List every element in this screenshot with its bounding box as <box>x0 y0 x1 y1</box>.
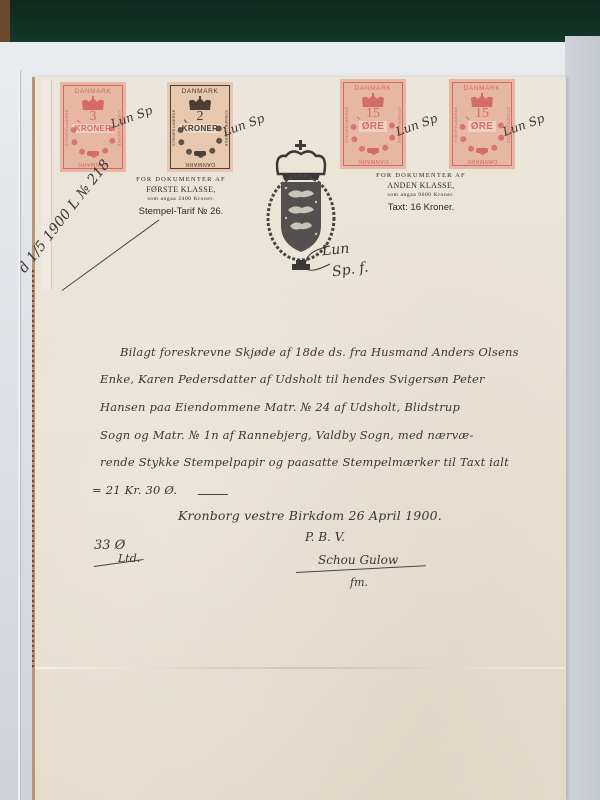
paper-fold-crease <box>35 667 565 669</box>
wreath-bow <box>87 151 99 156</box>
dark-green-backdrop <box>0 0 600 46</box>
tariff-block-second-class: FOR DOKUMENTER AF ANDEN KLASSE, som anga… <box>360 172 482 213</box>
stamp-country: DANMARK <box>75 88 112 95</box>
tariff-number: Stempel-Tarif № 26. <box>120 206 242 217</box>
mount-sleeve-edge <box>18 70 20 800</box>
paper-perforated-edge <box>32 270 34 670</box>
tariff-amount: som angaa 2400 Kroner. <box>120 196 242 202</box>
tariff-class: FØRSTE KLASSE, <box>120 185 242 194</box>
tariff-heading: FOR DOKUMENTER AF <box>120 176 242 183</box>
wreath-bow <box>476 148 488 153</box>
stamp-country: DANMARK <box>182 88 219 95</box>
stamp-country-bottom: DANMARK <box>171 161 229 167</box>
signature-suffix: fm. <box>350 576 368 589</box>
stamp-country: DANMARK <box>464 85 501 92</box>
tariff-amount: som angaa 9600 Kroner. <box>360 192 482 198</box>
signature-flourish-icon <box>300 240 340 280</box>
tariff-tax: Taxt: 16 Kroner. <box>360 202 482 213</box>
wreath-bow <box>367 148 379 153</box>
fee-note: 33 Ø <box>94 538 125 553</box>
wreath-bow <box>194 151 206 156</box>
stamp-country-bottom: DANMARK <box>344 158 402 164</box>
body-line-5: rende Stykke Stempelpapir og paasatte St… <box>100 455 509 469</box>
tariff-block-first-class: FOR DOKUMENTER AF FØRSTE KLASSE, som ang… <box>120 176 242 217</box>
backdrop-wood-edge <box>0 0 10 46</box>
body-line-1: Bilagt foreskrevne Skjøde af 18de ds. fr… <box>120 345 519 359</box>
signature-name: Schou Gulow <box>318 553 398 567</box>
body-line-4: Sogn og Matr. № 1n af Rannebjerg, Valdby… <box>100 428 474 442</box>
signature-prefix: P. B. V. <box>305 530 345 544</box>
tariff-heading: FOR DOKUMENTER AF <box>360 172 482 179</box>
body-line-3: Hansen paa Eiendommene Matr. № 24 af Uds… <box>100 400 460 414</box>
body-line-6-total: = 21 Kr. 30 Ø. <box>92 483 177 497</box>
mount-right-edge <box>565 36 600 800</box>
stamp-country: DANMARK <box>355 85 392 92</box>
body-line-2: Enke, Karen Pedersdatter af Udsholt til … <box>100 372 485 386</box>
stamp-country-bottom: DANMARK <box>453 158 511 164</box>
tariff-class: ANDEN KLASSE, <box>360 181 482 190</box>
paper-underlay-edge <box>42 80 52 290</box>
place-date-line: Kronborg vestre Birkdom 26 April 1900. <box>178 508 442 523</box>
total-dash <box>198 494 228 495</box>
